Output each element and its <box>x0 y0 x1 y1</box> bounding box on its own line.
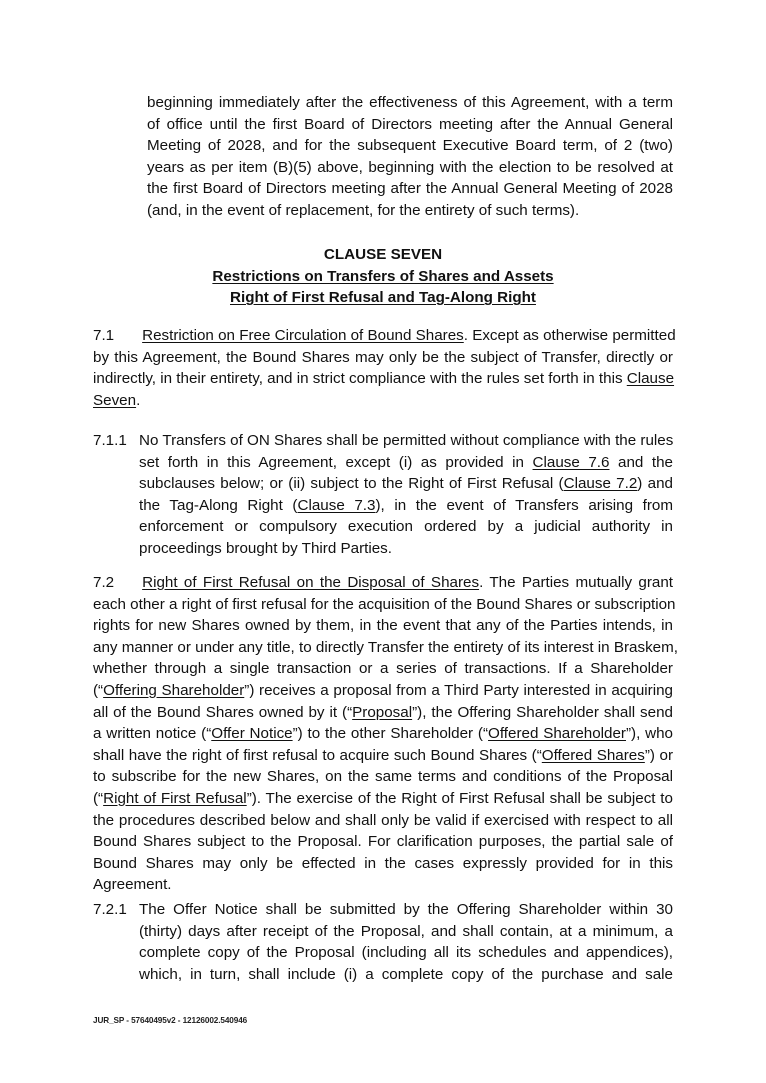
clause-title: CLAUSE SEVEN <box>93 244 673 266</box>
text: the Tag-Along Right ( <box>139 497 298 514</box>
text: . Except as otherwise permitted <box>464 327 676 344</box>
section-title: Restriction on Free Circulation of Bound… <box>142 327 464 344</box>
text-line: Agreement. <box>93 874 673 896</box>
text-line: each other a right of first refusal for … <box>93 594 673 616</box>
defined-term: Right of First Refusal <box>103 790 247 807</box>
section-number: 7.2.1 <box>93 899 127 921</box>
section-number: 7.2 <box>93 574 114 591</box>
clause-reference: Clause 7.3 <box>298 497 376 514</box>
clause-subtitle: Restrictions on Transfers of Shares and … <box>93 266 673 288</box>
section-number: 7.1.1 <box>93 430 127 452</box>
text-line: by this Agreement, the Bound Shares may … <box>93 347 673 369</box>
text-line: any manner or under any title, to direct… <box>93 637 673 659</box>
text: all of the Bound Shares owned by it (“ <box>93 704 352 721</box>
section-7-1-1: No Transfers of ON Shares shall be permi… <box>139 430 673 560</box>
section-title: Right of First Refusal on the Disposal o… <box>142 574 479 591</box>
clause-reference: Clause 7.6 <box>533 454 610 471</box>
text-line: years as per item (B)(5) above, beginnin… <box>147 157 673 179</box>
text-line: the first Board of Directors meeting aft… <box>147 178 673 200</box>
defined-term: Offer Notice <box>211 725 292 742</box>
section-7-2-1: The Offer Notice shall be submitted by t… <box>139 899 673 985</box>
continuation-paragraph: beginning immediately after the effectiv… <box>147 92 673 222</box>
text: a written notice (“ <box>93 725 211 742</box>
clause-subtitle: Right of First Refusal and Tag-Along Rig… <box>93 287 673 309</box>
text-line: No Transfers of ON Shares shall be permi… <box>139 430 673 452</box>
text: ) and <box>637 475 673 492</box>
text: and the <box>609 454 673 471</box>
text: ”) receives a proposal from a Third Part… <box>244 682 673 699</box>
document-footer-id: JUR_SP - 57640495v2 - 12126002.540946 <box>93 1016 247 1025</box>
text: . The Parties mutually grant <box>479 574 673 591</box>
text: ”), the Offering Shareholder shall send <box>412 704 673 721</box>
text-line: beginning immediately after the effectiv… <box>147 92 673 114</box>
text: ”) to the other Shareholder (“ <box>293 725 488 742</box>
section-7-2: 7.2Right of First Refusal on the Disposa… <box>93 572 673 896</box>
clause-reference: Clause <box>627 370 674 387</box>
defined-term: Proposal <box>352 704 412 721</box>
text-line: whether through a single transaction or … <box>93 658 673 680</box>
text-line: to subscribe for the new Shares, on the … <box>93 766 673 788</box>
text: set forth in this Agreement, except (i) … <box>139 454 533 471</box>
section-7-1: 7.1Restriction on Free Circulation of Bo… <box>93 325 673 411</box>
text-line: Bound Shares subject to the Proposal. Fo… <box>93 831 673 853</box>
text-line: Meeting of 2028, and for the subsequent … <box>147 135 673 157</box>
defined-term: Offering Shareholder <box>103 682 244 699</box>
text-line: (and, in the event of replacement, for t… <box>147 200 673 222</box>
text-line: complete copy of the Proposal (including… <box>139 942 673 964</box>
text-line: Bound Shares may only be effected in the… <box>93 853 673 875</box>
clause-heading: CLAUSE SEVEN Restrictions on Transfers o… <box>93 244 673 309</box>
clause-reference: Seven <box>93 392 136 409</box>
clause-reference: Clause 7.2 <box>564 475 638 492</box>
text-line: rights for new Shares owned by them, in … <box>93 615 673 637</box>
text: ”). The exercise of the Right of First R… <box>247 790 673 807</box>
text: ), in the event of Transfers arising fro… <box>375 497 673 514</box>
text: ”), who <box>626 725 673 742</box>
text-line: proceedings brought by Third Parties. <box>139 538 673 560</box>
text: shall have the right of first refusal to… <box>93 747 542 764</box>
text-line: enforcement or compulsory execution orde… <box>139 516 673 538</box>
text-line: The Offer Notice shall be submitted by t… <box>139 899 673 921</box>
text-line: which, in turn, shall include (i) a comp… <box>139 964 673 986</box>
text: indirectly, in their entirety, and in st… <box>93 370 627 387</box>
defined-term: Offered Shareholder <box>488 725 626 742</box>
text: subclauses below; or (ii) subject to the… <box>139 475 564 492</box>
defined-term: Offered Shares <box>542 747 645 764</box>
text: ”) or <box>645 747 673 764</box>
text-line: the procedures described below and shall… <box>93 810 673 832</box>
section-number: 7.1 <box>93 327 114 344</box>
document-page: beginning immediately after the effectiv… <box>0 0 766 1083</box>
text-line: of office until the first Board of Direc… <box>147 114 673 136</box>
text: (“ <box>93 790 103 807</box>
text: (“ <box>93 682 103 699</box>
text-line: (thirty) days after receipt of the Propo… <box>139 921 673 943</box>
text: . <box>136 392 140 409</box>
